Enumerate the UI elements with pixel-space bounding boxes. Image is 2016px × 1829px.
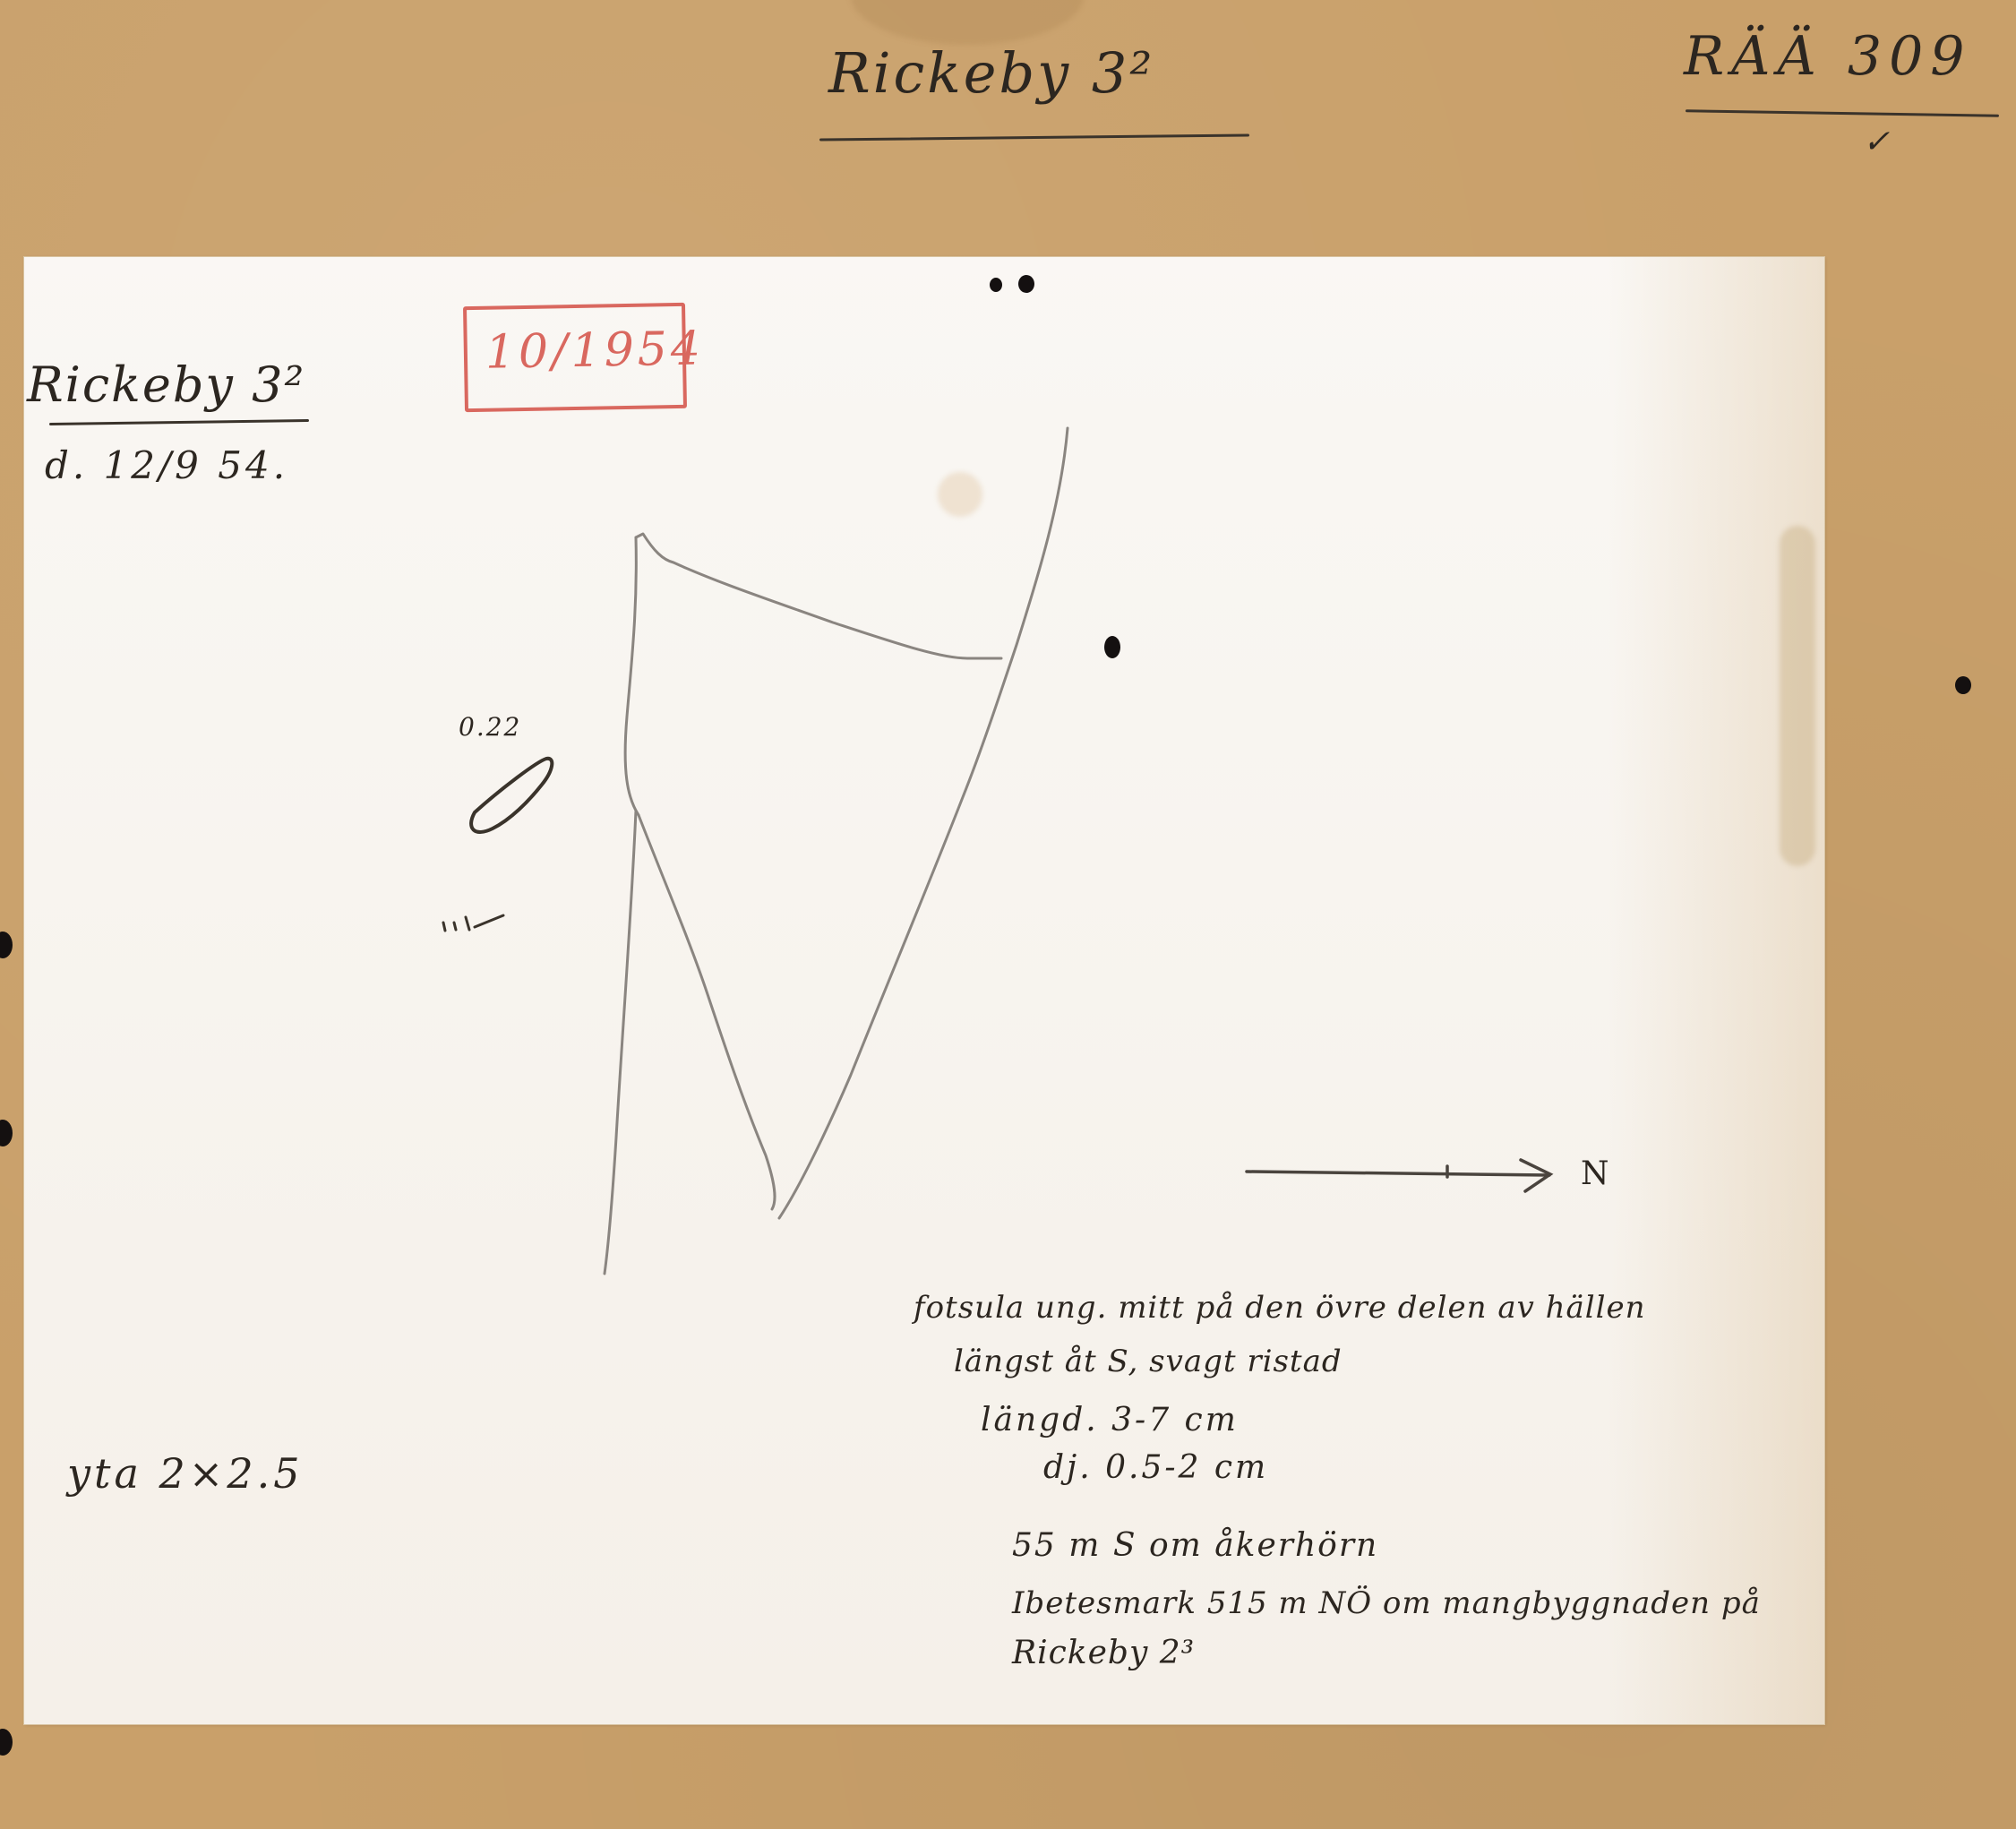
north-arrow (1247, 1160, 1550, 1191)
note-line-2: längst åt S, svagt ristad (954, 1344, 1343, 1379)
rock-outline-sketch (0, 0, 2016, 1829)
note-line-3: längd. 3-7 cm (981, 1402, 1239, 1438)
note-line-4: dj. 0.5-2 cm (1043, 1449, 1268, 1486)
surface-dimensions: yta 2×2.5 (67, 1449, 303, 1498)
note-line-1: fotsula ung. mitt på den övre delen av h… (914, 1290, 1646, 1326)
marker-label: 0.22 (459, 712, 521, 742)
tick-marks (443, 915, 503, 931)
north-label: N (1581, 1155, 1609, 1192)
note-line-6: Ibetesmark 515 m NÖ om mangbyggnaden på (1012, 1585, 1761, 1621)
note-line-5: 55 m S om åkerhörn (1012, 1527, 1378, 1564)
oval-marker (471, 759, 552, 832)
note-line-7: Rickeby 2³ (1012, 1635, 1195, 1671)
